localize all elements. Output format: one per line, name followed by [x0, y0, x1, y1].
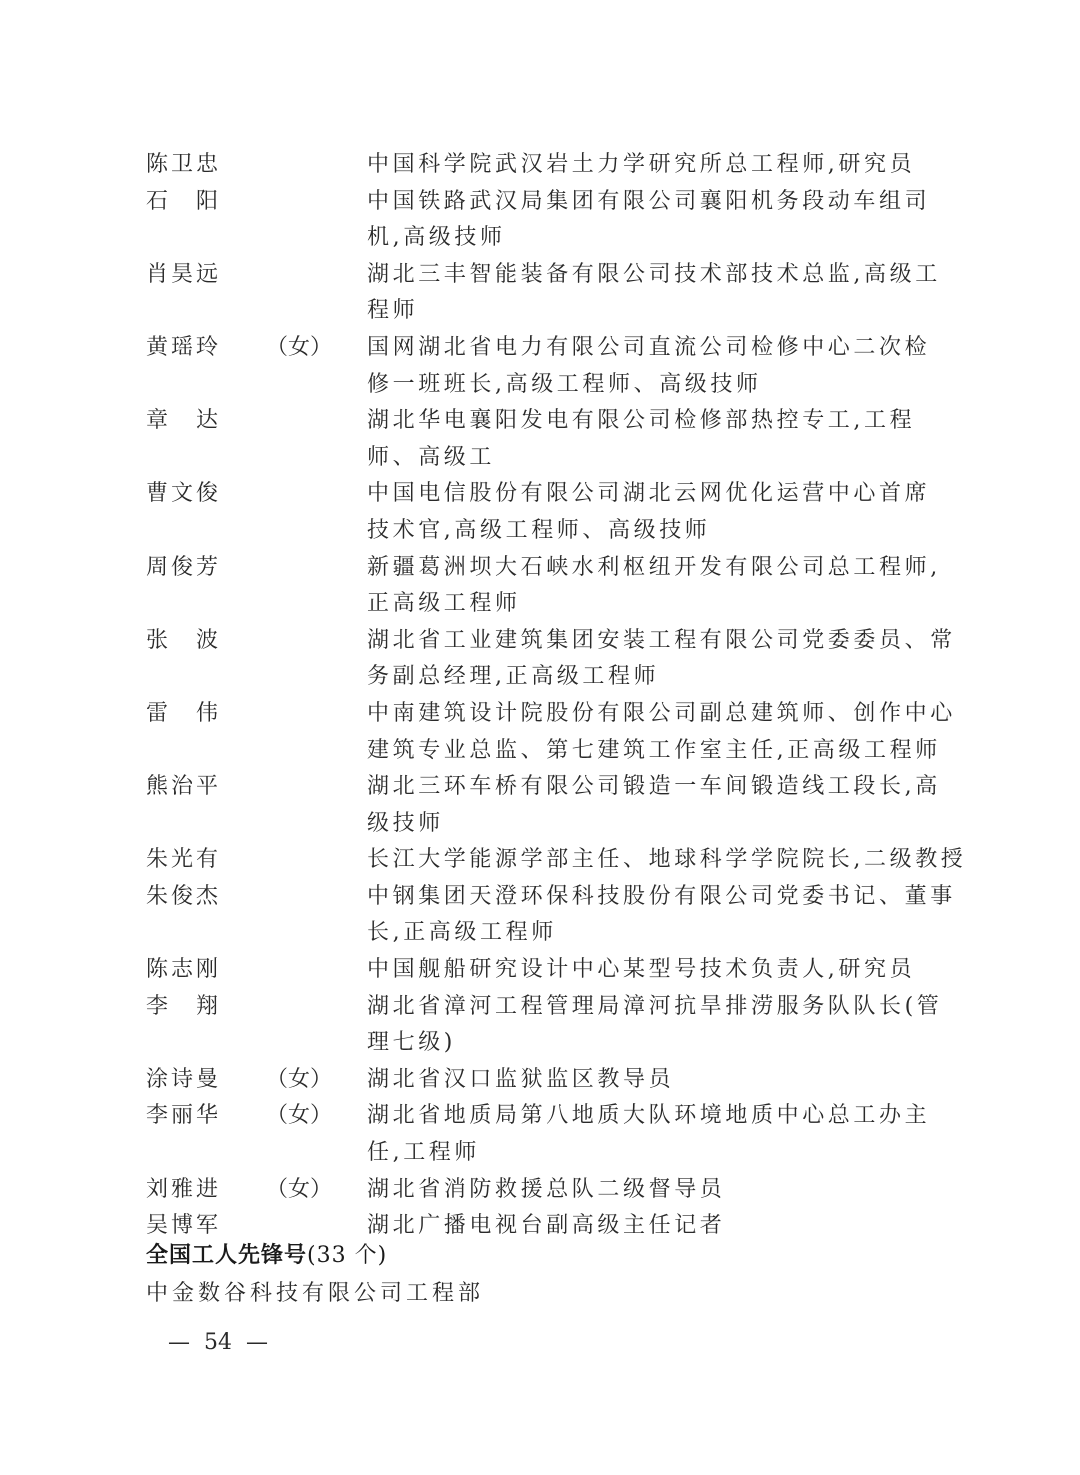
honoree-title-line: 湖北三丰智能装备有限公司技术部技术总监,高级工 — [367, 257, 939, 294]
honoree-entry: 黄瑶玲（女）国网湖北省电力有限公司直流公司检修中心二次检修一班班长,高级工程师、… — [146, 330, 946, 403]
honoree-title: 中国电信股份有限公司湖北云网优化运营中心首席技术官,高级工程师、高级技师 — [367, 476, 939, 549]
honoree-title: 湖北三环车桥有限公司锻造一车间锻造线工段长,高级技师 — [367, 769, 939, 842]
honoree-name: 涂诗曼 — [146, 1062, 266, 1099]
section-title-text: 全国工人先锋号 — [146, 1243, 307, 1268]
honoree-title-line: 长江大学能源学部主任、地球科学学院院长,二级教授 — [367, 842, 939, 879]
honoree-title: 国网湖北省电力有限公司直流公司检修中心二次检修一班班长,高级工程师、高级技师 — [367, 330, 939, 403]
honoree-name: 肖昊远 — [146, 257, 266, 294]
honoree-title: 湖北省地质局第八地质大队环境地质中心总工办主任,工程师 — [367, 1098, 939, 1171]
honoree-gender: （女） — [266, 1172, 367, 1209]
honoree-title-line: 任,工程师 — [367, 1135, 939, 1172]
honoree-entry: 涂诗曼（女）湖北省汉口监狱监区教导员 — [146, 1062, 946, 1099]
honoree-title: 中国铁路武汉局集团有限公司襄阳机务段动车组司机,高级技师 — [367, 184, 939, 257]
honoree-name: 周俊芳 — [146, 550, 266, 587]
honoree-title-line: 程师 — [367, 293, 939, 330]
honoree-entry: 李 翔湖北省漳河工程管理局漳河抗旱排涝服务队队长(管理七级) — [146, 989, 946, 1062]
honoree-entry: 朱光有长江大学能源学部主任、地球科学学院院长,二级教授 — [146, 842, 946, 879]
honoree-name: 雷 伟 — [146, 696, 266, 733]
honoree-entry: 熊治平湖北三环车桥有限公司锻造一车间锻造线工段长,高级技师 — [146, 769, 946, 842]
honoree-title-line: 中国科学院武汉岩土力学研究所总工程师,研究员 — [367, 147, 939, 184]
honoree-title-line: 师、高级工 — [367, 440, 939, 477]
honoree-entry: 石 阳中国铁路武汉局集团有限公司襄阳机务段动车组司机,高级技师 — [146, 184, 946, 257]
honoree-title: 湖北华电襄阳发电有限公司检修部热控专工,工程师、高级工 — [367, 403, 939, 476]
honoree-entry: 刘雅进（女）湖北省消防救援总队二级督导员 — [146, 1172, 946, 1209]
honoree-name: 李丽华 — [146, 1098, 266, 1135]
honoree-title: 长江大学能源学部主任、地球科学学院院长,二级教授 — [367, 842, 939, 879]
section-count: (33 个) — [307, 1243, 387, 1268]
honoree-title-line: 湖北省地质局第八地质大队环境地质中心总工办主 — [367, 1098, 939, 1135]
honoree-title: 中钢集团天澄环保科技股份有限公司党委书记、董事长,正高级工程师 — [367, 879, 939, 952]
honoree-title: 中国舰船研究设计中心某型号技术负责人,研究员 — [367, 952, 939, 989]
honoree-title-line: 中国电信股份有限公司湖北云网优化运营中心首席 — [367, 476, 939, 513]
honoree-name: 陈卫忠 — [146, 147, 266, 184]
honoree-title-line: 长,正高级工程师 — [367, 915, 939, 952]
honoree-entry: 肖昊远湖北三丰智能装备有限公司技术部技术总监,高级工程师 — [146, 257, 946, 330]
honoree-name: 张 波 — [146, 623, 266, 660]
honoree-name: 石 阳 — [146, 184, 266, 221]
honoree-name: 朱俊杰 — [146, 879, 266, 916]
honoree-list: 陈卫忠中国科学院武汉岩土力学研究所总工程师,研究员石 阳中国铁路武汉局集团有限公… — [146, 147, 946, 1245]
honoree-gender: （女） — [266, 330, 367, 367]
honoree-title: 湖北广播电视台副高级主任记者 — [367, 1208, 939, 1245]
section-title: 全国工人先锋号(33 个) — [146, 1240, 387, 1272]
honoree-title: 湖北省汉口监狱监区教导员 — [367, 1062, 939, 1099]
honoree-name: 章 达 — [146, 403, 266, 440]
honoree-title-line: 湖北三环车桥有限公司锻造一车间锻造线工段长,高 — [367, 769, 939, 806]
document-page: 陈卫忠中国科学院武汉岩土力学研究所总工程师,研究员石 阳中国铁路武汉局集团有限公… — [0, 0, 1080, 1475]
honoree-title-line: 修一班班长,高级工程师、高级技师 — [367, 367, 939, 404]
organization-entry: 中金数谷科技有限公司工程部 — [146, 1278, 484, 1310]
honoree-name: 李 翔 — [146, 989, 266, 1026]
honoree-title-line: 理七级) — [367, 1025, 939, 1062]
page-number: — 54 — — [168, 1328, 268, 1358]
honoree-title-line: 湖北省工业建筑集团安装工程有限公司党委委员、常 — [367, 623, 939, 660]
honoree-title-line: 中国舰船研究设计中心某型号技术负责人,研究员 — [367, 952, 939, 989]
honoree-name: 熊治平 — [146, 769, 266, 806]
honoree-entry: 周俊芳新疆葛洲坝大石峡水利枢纽开发有限公司总工程师,正高级工程师 — [146, 550, 946, 623]
honoree-title-line: 国网湖北省电力有限公司直流公司检修中心二次检 — [367, 330, 939, 367]
honoree-entry: 陈志刚中国舰船研究设计中心某型号技术负责人,研究员 — [146, 952, 946, 989]
honoree-name: 陈志刚 — [146, 952, 266, 989]
honoree-title-line: 建筑专业总监、第七建筑工作室主任,正高级工程师 — [367, 733, 939, 770]
honoree-entry: 朱俊杰中钢集团天澄环保科技股份有限公司党委书记、董事长,正高级工程师 — [146, 879, 946, 952]
honoree-title: 湖北省漳河工程管理局漳河抗旱排涝服务队队长(管理七级) — [367, 989, 939, 1062]
honoree-name: 黄瑶玲 — [146, 330, 266, 367]
honoree-title-line: 中国铁路武汉局集团有限公司襄阳机务段动车组司 — [367, 184, 939, 221]
honoree-gender: （女） — [266, 1098, 367, 1135]
honoree-title-line: 正高级工程师 — [367, 586, 939, 623]
honoree-name: 曹文俊 — [146, 476, 266, 513]
honoree-entry: 章 达湖北华电襄阳发电有限公司检修部热控专工,工程师、高级工 — [146, 403, 946, 476]
honoree-title-line: 级技师 — [367, 806, 939, 843]
honoree-title-line: 机,高级技师 — [367, 220, 939, 257]
honoree-title: 湖北三丰智能装备有限公司技术部技术总监,高级工程师 — [367, 257, 939, 330]
honoree-title-line: 湖北省漳河工程管理局漳河抗旱排涝服务队队长(管 — [367, 989, 939, 1026]
honoree-gender: （女） — [266, 1062, 367, 1099]
honoree-entry: 曹文俊中国电信股份有限公司湖北云网优化运营中心首席技术官,高级工程师、高级技师 — [146, 476, 946, 549]
honoree-title-line: 中南建筑设计院股份有限公司副总建筑师、创作中心 — [367, 696, 939, 733]
honoree-title: 新疆葛洲坝大石峡水利枢纽开发有限公司总工程师,正高级工程师 — [367, 550, 939, 623]
honoree-entry: 李丽华（女）湖北省地质局第八地质大队环境地质中心总工办主任,工程师 — [146, 1098, 946, 1171]
honoree-title-line: 湖北省消防救援总队二级督导员 — [367, 1172, 939, 1209]
honoree-entry: 雷 伟中南建筑设计院股份有限公司副总建筑师、创作中心建筑专业总监、第七建筑工作室… — [146, 696, 946, 769]
honoree-title-line: 新疆葛洲坝大石峡水利枢纽开发有限公司总工程师, — [367, 550, 939, 587]
honoree-entry: 张 波湖北省工业建筑集团安装工程有限公司党委委员、常务副总经理,正高级工程师 — [146, 623, 946, 696]
honoree-title: 湖北省消防救援总队二级督导员 — [367, 1172, 939, 1209]
honoree-title-line: 湖北广播电视台副高级主任记者 — [367, 1208, 939, 1245]
honoree-title-line: 湖北华电襄阳发电有限公司检修部热控专工,工程 — [367, 403, 939, 440]
honoree-title-line: 湖北省汉口监狱监区教导员 — [367, 1062, 939, 1099]
honoree-entry: 陈卫忠中国科学院武汉岩土力学研究所总工程师,研究员 — [146, 147, 946, 184]
honoree-title-line: 务副总经理,正高级工程师 — [367, 659, 939, 696]
honoree-title-line: 技术官,高级工程师、高级技师 — [367, 513, 939, 550]
honoree-title: 中南建筑设计院股份有限公司副总建筑师、创作中心建筑专业总监、第七建筑工作室主任,… — [367, 696, 939, 769]
honoree-title: 湖北省工业建筑集团安装工程有限公司党委委员、常务副总经理,正高级工程师 — [367, 623, 939, 696]
honoree-title: 中国科学院武汉岩土力学研究所总工程师,研究员 — [367, 147, 939, 184]
honoree-name: 朱光有 — [146, 842, 266, 879]
honoree-name: 刘雅进 — [146, 1172, 266, 1209]
honoree-title-line: 中钢集团天澄环保科技股份有限公司党委书记、董事 — [367, 879, 939, 916]
